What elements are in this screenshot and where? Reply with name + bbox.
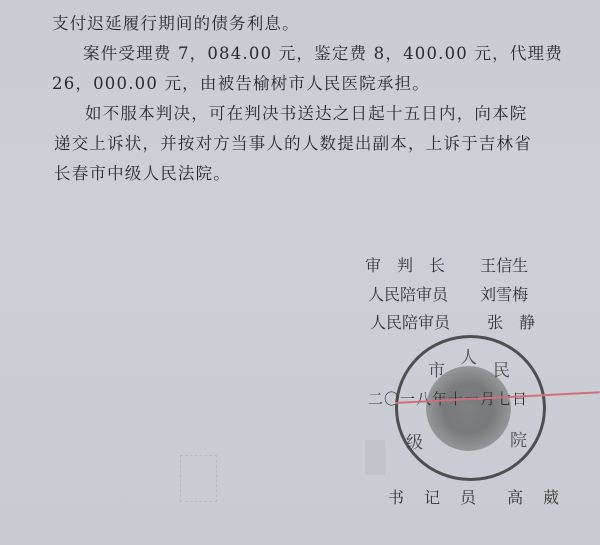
signature-name: 刘雪梅 — [480, 282, 528, 305]
signature-name: 张 静 — [487, 310, 535, 333]
paragraph-fees-cont: 26，000.00 元，由被告榆树市人民医院承担。 — [52, 70, 430, 94]
faint-stamp-mark — [365, 440, 385, 475]
signature-clerk: 书 记 员 高 葳 — [388, 485, 561, 508]
signature-juror-2: 人民陪审员 张 静 — [370, 310, 535, 333]
judgment-document-page: 支付迟延履行期间的债务利息。 案件受理费 7，084.00 元，鉴定费 8，40… — [0, 0, 600, 545]
seal-char: 市 — [428, 356, 445, 381]
signature-role: 书 记 员 — [388, 485, 500, 508]
signature-role: 人民陪审员 — [370, 310, 482, 333]
paragraph-fees: 案件受理费 7，084.00 元，鉴定费 8，400.00 元，代理费 — [83, 40, 563, 64]
seal-char: 级 — [406, 428, 423, 453]
signature-role: 人民陪审员 — [368, 282, 475, 305]
seal-char: 人 — [460, 343, 477, 368]
paragraph-interest: 支付迟延履行期间的债务利息。 — [52, 10, 300, 34]
paragraph-appeal-cont: 递交上诉状，并按对方当事人的人数提出副本，上诉于吉林省 — [54, 130, 532, 154]
signature-chief-judge: 审 判 长 王信生 — [365, 253, 528, 276]
paragraph-appeal: 如不服本判决，可在判决书送达之日起十五日内，向本院 — [85, 100, 528, 124]
signature-name: 王信生 — [480, 253, 528, 276]
seal-char: 院 — [510, 426, 527, 451]
signature-role: 审 判 长 — [365, 253, 475, 276]
paragraph-appeal-court: 长春市中级人民法院。 — [54, 160, 231, 184]
signature-name: 高 葳 — [507, 485, 561, 508]
signature-juror-1: 人民陪审员 刘雪梅 — [368, 282, 528, 305]
seal-char: 民 — [493, 356, 510, 381]
faint-stamp-mark — [180, 455, 217, 502]
